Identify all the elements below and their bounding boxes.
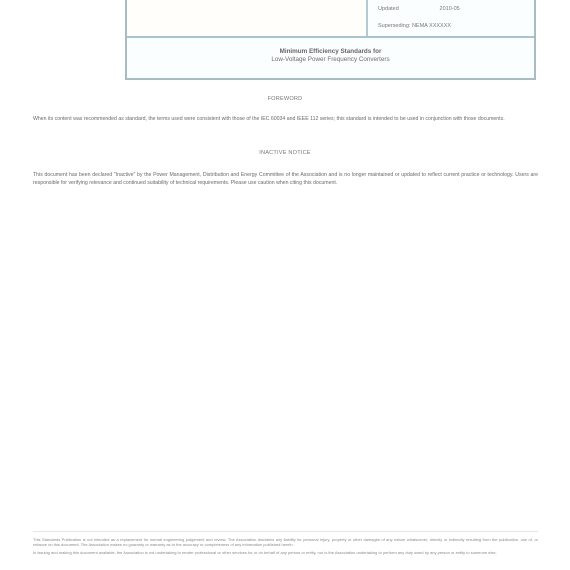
header-top-row: NEMA Standards Publication Updated 2010-…	[127, 0, 534, 38]
meta-value: 2010-05	[440, 6, 460, 12]
footer-disclaimer: This Standards Publication is not intend…	[33, 537, 538, 555]
document-title-line-1: Minimum Efficiency Standards for	[127, 48, 534, 56]
header-fragment: NEMA Standards Publication	[139, 0, 229, 2]
foreword-heading: FOREWORD	[0, 96, 570, 102]
meta-superseding: Superseding: NEMA XXXXXX	[378, 23, 451, 29]
title-cell: Minimum Efficiency Standards for Low-Vol…	[127, 38, 534, 78]
document-header-box: NEMA Standards Publication Updated 2010-…	[125, 0, 536, 80]
header-top-left-cell: NEMA Standards Publication	[127, 0, 368, 36]
header-meta-cell: Updated 2010-05 Superseding: NEMA XXXXXX	[368, 0, 534, 36]
meta-label: Superseding: NEMA XXXXXX	[378, 23, 451, 29]
foreword-text: When its content was recommended as stan…	[33, 116, 538, 124]
meta-updated: Updated 2010-05	[378, 6, 460, 12]
meta-label: Updated	[378, 6, 438, 12]
footer-divider	[33, 531, 538, 532]
inactive-notice-heading: INACTIVE NOTICE	[0, 150, 570, 156]
footer-text-2: In issuing and making this document avai…	[33, 550, 538, 555]
inactive-notice-text: This document has been declared "Inactiv…	[33, 172, 538, 187]
document-title-line-2: Low-Voltage Power Frequency Converters	[127, 56, 534, 64]
footer-text-1: This Standards Publication is not intend…	[33, 537, 538, 548]
